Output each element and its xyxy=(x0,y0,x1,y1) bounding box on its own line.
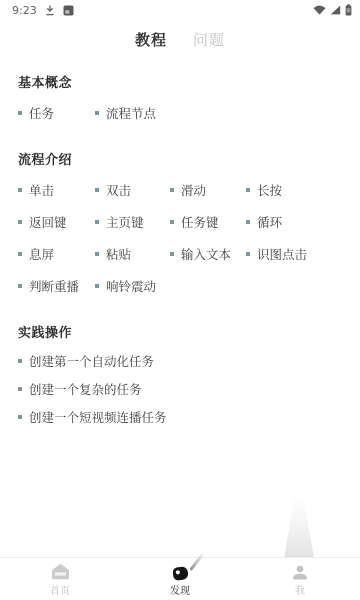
tutorial-item-label: 息屏 xyxy=(29,245,54,263)
bullet-icon xyxy=(18,111,22,115)
nav-label-home: 首页 xyxy=(50,582,70,597)
bullet-icon xyxy=(18,252,22,256)
tutorial-item-label: 双击 xyxy=(106,181,131,199)
tutorial-item[interactable]: 创建第一个自动化任务 xyxy=(18,352,346,370)
tutorial-item[interactable]: 响铃震动 xyxy=(95,277,170,295)
tutorial-item[interactable]: 返回键 xyxy=(18,213,95,231)
bullet-icon xyxy=(170,188,174,192)
bullet-icon xyxy=(95,284,99,288)
tutorial-item[interactable]: 识图点击 xyxy=(246,245,346,263)
section-title-basic-concepts: 基本概念 xyxy=(18,72,346,91)
discover-icon xyxy=(170,562,190,580)
tutorial-item[interactable]: 主页键 xyxy=(95,213,170,231)
signal-icon xyxy=(330,5,341,15)
tutorial-item[interactable]: 判断重播 xyxy=(18,277,95,295)
tutorial-item-label: 创建一个短视频连播任务 xyxy=(29,408,167,426)
basic-concepts-grid: 任务 流程节点 xyxy=(18,104,346,122)
tutorial-item-label: 识图点击 xyxy=(257,245,307,263)
tutorial-item[interactable]: 滑动 xyxy=(170,181,246,199)
tutorial-item[interactable]: 任务 xyxy=(18,104,95,122)
status-bar: 9:23 xyxy=(0,0,360,20)
tutorial-item[interactable]: 创建一个短视频连播任务 xyxy=(18,408,346,426)
tutorial-item-label: 粘贴 xyxy=(106,245,131,263)
tutorial-item-label: 单击 xyxy=(29,181,54,199)
bullet-icon xyxy=(246,252,250,256)
tab-tutorial[interactable]: 教程 xyxy=(135,29,167,50)
tutorial-item[interactable]: 循环 xyxy=(246,213,346,231)
tutorial-item[interactable]: 输入文本 xyxy=(170,245,246,263)
tutorial-item[interactable]: 流程节点 xyxy=(95,104,170,122)
screenshot-icon xyxy=(63,5,74,16)
nav-item-home[interactable]: 首页 xyxy=(0,562,120,597)
tab-questions[interactable]: 问题 xyxy=(193,29,225,50)
download-icon xyxy=(45,5,55,16)
section-title-process-intro: 流程介绍 xyxy=(18,149,346,168)
tutorial-item[interactable]: 创建一个复杂的任务 xyxy=(18,380,346,398)
bullet-icon xyxy=(170,220,174,224)
nav-item-me[interactable]: 我 xyxy=(240,562,360,597)
process-intro-grid: 单击 双击 滑动 长按 返回键 主页键 任务键 循环 息屏 粘贴 输入文本 识图… xyxy=(18,181,346,295)
tutorial-item[interactable]: 粘贴 xyxy=(95,245,170,263)
battery-icon xyxy=(345,4,352,16)
nav-label-discover: 发现 xyxy=(170,582,190,597)
tutorial-item[interactable]: 双击 xyxy=(95,181,170,199)
tutorial-item[interactable]: 息屏 xyxy=(18,245,95,263)
tutorial-item-label: 返回键 xyxy=(29,213,67,231)
tutorial-content: 基本概念 任务 流程节点 流程介绍 单击 双击 滑动 长按 返回键 主页键 任务… xyxy=(0,72,360,426)
tutorial-item-label: 循环 xyxy=(257,213,282,231)
tutorial-item-label: 流程节点 xyxy=(106,104,156,122)
tutorial-item[interactable]: 长按 xyxy=(246,181,346,199)
bullet-icon xyxy=(18,284,22,288)
bullet-icon xyxy=(18,415,22,419)
tutorial-item-label: 长按 xyxy=(257,181,282,199)
tutorial-item-label: 任务 xyxy=(29,104,54,122)
nav-label-me: 我 xyxy=(295,582,305,597)
wifi-icon xyxy=(313,5,326,15)
bullet-icon xyxy=(246,220,250,224)
tutorial-item-label: 创建一个复杂的任务 xyxy=(29,380,142,398)
bullet-icon xyxy=(95,111,99,115)
tutorial-item-label: 输入文本 xyxy=(181,245,231,263)
tutorial-item-label: 创建第一个自动化任务 xyxy=(29,352,154,370)
clock: 9:23 xyxy=(12,4,37,17)
bullet-icon xyxy=(95,252,99,256)
light-beam-effect xyxy=(283,492,315,564)
person-icon xyxy=(290,562,310,580)
bullet-icon xyxy=(246,188,250,192)
section-title-practice: 实践操作 xyxy=(18,322,346,341)
tutorial-item-label: 响铃震动 xyxy=(106,277,156,295)
bullet-icon xyxy=(170,252,174,256)
practice-list: 创建第一个自动化任务 创建一个复杂的任务 创建一个短视频连播任务 xyxy=(18,352,346,426)
home-icon xyxy=(50,562,70,580)
bullet-icon xyxy=(18,359,22,363)
tutorial-item[interactable]: 任务键 xyxy=(170,213,246,231)
bullet-icon xyxy=(18,188,22,192)
bullet-icon xyxy=(95,188,99,192)
bullet-icon xyxy=(95,220,99,224)
tutorial-item-label: 主页键 xyxy=(106,213,144,231)
tutorial-item[interactable]: 单击 xyxy=(18,181,95,199)
header-tabs: 教程 问题 xyxy=(0,20,360,58)
bullet-icon xyxy=(18,387,22,391)
bottom-nav: 首页 发现 我 xyxy=(0,557,360,600)
tutorial-item-label: 判断重播 xyxy=(29,277,79,295)
discover-streak-effect xyxy=(189,551,205,570)
nav-item-discover[interactable]: 发现 xyxy=(120,562,240,597)
tutorial-item-label: 任务键 xyxy=(181,213,219,231)
bullet-icon xyxy=(18,220,22,224)
tutorial-item-label: 滑动 xyxy=(181,181,206,199)
